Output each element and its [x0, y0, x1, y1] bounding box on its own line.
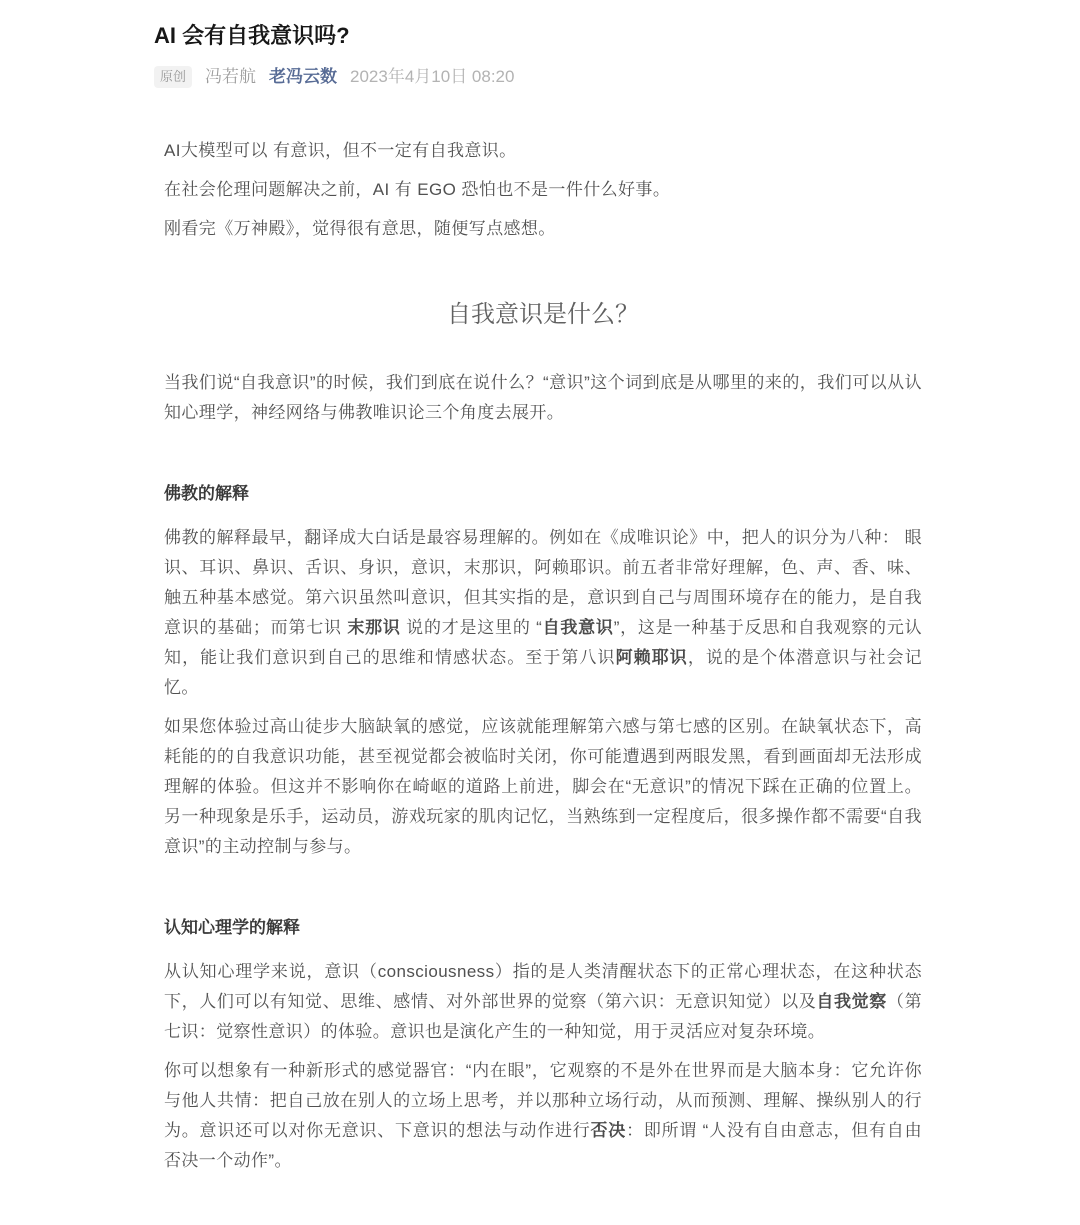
bold-term: 自我觉察	[816, 992, 887, 1011]
subheading-buddhism: 佛教的解释	[164, 482, 922, 506]
paragraph-buddhism-detail: 佛教的解释最早，翻译成大白话是最容易理解的。例如在《成唯识论》中，把人的识分为八…	[164, 523, 922, 703]
overview-paragraph: 当我们说“自我意识”的时候，我们到底在说什么？“意识”这个词到底是从哪里的来的，…	[164, 368, 922, 428]
paragraph-cognitive-definition: 从认知心理学来说，意识（consciousness）指的是人类清醒状态下的正常心…	[164, 957, 922, 1047]
article-page: AI 会有自我意识吗? 原创 冯若航 老冯云数 2023年4月10日 08:20…	[0, 0, 1080, 1225]
bold-term: 自我意识	[542, 618, 614, 637]
bold-term: 末那识	[347, 618, 400, 637]
intro-paragraph-2: 在社会伦理问题解决之前，AI 有 EGO 恐怕也不是一件什么好事。	[164, 175, 922, 205]
account-link[interactable]: 老冯云数	[269, 65, 337, 89]
bold-term: 阿赖耶识	[616, 648, 688, 667]
original-badge: 原创	[154, 66, 192, 88]
paragraph-cognitive-innereye: 你可以想象有一种新形式的感觉器官：“内在眼”，它观察的不是外在世界而是大脑本身：…	[164, 1056, 922, 1176]
intro-paragraph-3: 刚看完《万神殿》，觉得很有意思，随便写点感想。	[164, 214, 922, 244]
article-container: AI 会有自我意识吗? 原创 冯若航 老冯云数 2023年4月10日 08:20…	[0, 0, 1080, 1176]
subheading-cognitive-psychology: 认知心理学的解释	[164, 916, 922, 940]
intro-paragraph-1: AI大模型可以 有意识，但不一定有自我意识。	[164, 136, 922, 166]
text-segment: 如果您体验过高山徒步大脑缺氧的感觉，应该就能理解第六感与第七感的区别。在缺氧状态…	[164, 717, 922, 856]
main-section-heading: 自我意识是什么？	[164, 298, 922, 332]
text-segment: 说的才是这里的 “	[401, 618, 543, 637]
text-segment: 从认知心理学来说，意识（consciousness）指的是人类清醒状态下的正常心…	[164, 962, 922, 1011]
bold-term: 否决	[591, 1121, 627, 1140]
publish-datetime: 2023年4月10日 08:20	[350, 65, 514, 89]
article-meta: 原创 冯若航 老冯云数 2023年4月10日 08:20	[154, 65, 922, 89]
page-title: AI 会有自我意识吗?	[154, 20, 922, 52]
article-content: AI大模型可以 有意识，但不一定有自我意识。 在社会伦理问题解决之前，AI 有 …	[154, 136, 922, 1176]
author-name: 冯若航	[205, 65, 256, 89]
paragraph-buddhism-example: 如果您体验过高山徒步大脑缺氧的感觉，应该就能理解第六感与第七感的区别。在缺氧状态…	[164, 712, 922, 862]
